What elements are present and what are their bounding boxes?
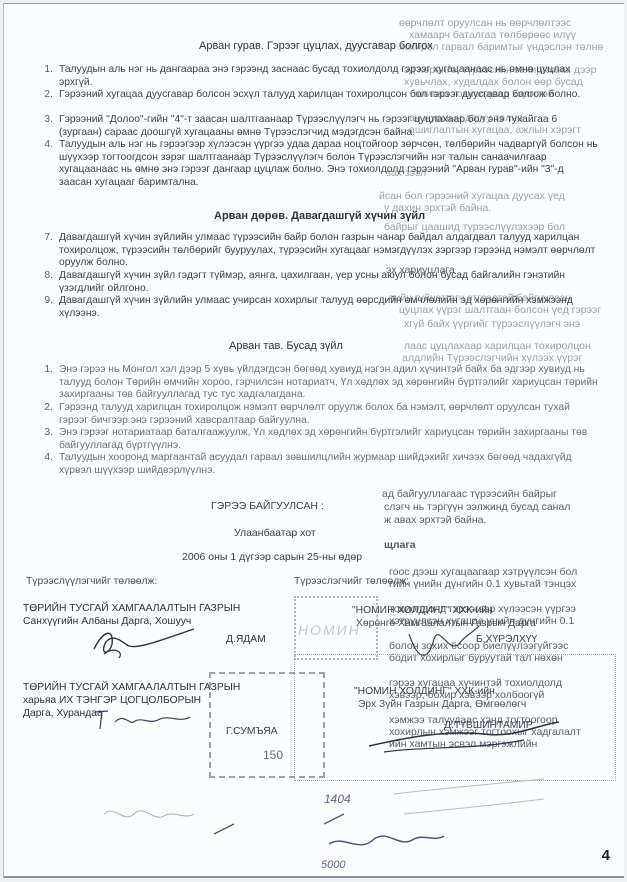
- clause-item: 4. Талуудын аль нэг нь гэрээгээр хүлээсэ…: [59, 139, 599, 189]
- stamp-text: НОМИН: [298, 622, 361, 638]
- notary-signature-icon: [94, 784, 544, 878]
- stamp-number: 150: [263, 748, 283, 762]
- clause-item: 3. Энэ гэрээг нотариатаар баталгаажуулж,…: [59, 427, 599, 452]
- date-line: 2006 оны 1 дүгээр сарын 25-ны өдөр: [182, 551, 362, 563]
- bleed-through-line: слэгч нь тэргүүн ээлжинд бусад санал: [384, 501, 570, 514]
- signature-icon: [90, 707, 200, 735]
- signatory-name: Д.ЯДАМ: [226, 634, 266, 645]
- clause-item: 9. Давагдашгүй хүчин зүйлийн улмаас учир…: [59, 295, 599, 320]
- clause-item: 7. Давагдашгүй хүчин зүйлийн улмаас түрэ…: [59, 232, 599, 270]
- signature-icon: [84, 624, 204, 664]
- page-number: 4: [602, 847, 610, 864]
- lessee-label: Түрээслэгчийг төлөөлж:: [294, 576, 409, 587]
- lessor-label: Түрээслүүлэгчийг төлөөлж:: [26, 576, 157, 587]
- company-stamp: НОМИН: [294, 596, 378, 660]
- clause-item: 8. Давагдашгүй хүчин зүйл гэдэгт түймэр,…: [59, 270, 599, 295]
- concluded-heading: ГЭРЭЭ БАЙГУУЛСАН :: [211, 500, 324, 512]
- bleed-through-line: щлага: [384, 539, 416, 552]
- signature-icon: [364, 716, 564, 756]
- signatory-name: Б.ХҮРЭЛХҮҮ: [476, 634, 537, 645]
- bleed-through-line: ад байгууллагаас түрээсийн байрыг: [382, 488, 557, 501]
- signatory-org: ТӨРИЙН ТУСГАЙ ХАМГААЛАЛТЫН ГАЗРЫН: [23, 603, 240, 614]
- section-heading: Арван дөрөв. Давагдашгүй хүчин зүйл: [214, 210, 425, 222]
- bleed-through-line: гийн үнийн дүнгийн 0.1 хувьтай тэнцэх: [389, 578, 576, 591]
- city-line: Улаанбаатар хот: [234, 527, 316, 539]
- clause-item: 1. Талуудын аль нэг нь дангаараа энэ гэр…: [59, 64, 599, 89]
- clause-item: 3. Гэрээний "Долоо"-гийн "4"-т заасан ша…: [59, 114, 599, 139]
- signature-icon: [404, 624, 484, 664]
- signatory-org: ТӨРИЙН ТУСГАЙ ХАМГААЛАЛТЫН ГАЗРЫН: [23, 682, 240, 693]
- signatory-org-sub: харьяа ИХ ТЭНГЭР ЦОГЦОЛБОРЫН: [23, 695, 201, 706]
- section-heading: Арван гурав. Гэрээг цуцлах, дуусгавар бо…: [199, 40, 433, 52]
- section-heading: Арван тав. Бусад зүйл: [229, 340, 343, 352]
- bleed-through-line: ж авах эрхтэй байна.: [384, 514, 486, 527]
- clause-item: 2. Гэрээнд талууд харилцан тохиролцож нэ…: [59, 402, 599, 427]
- clause-item: 1. Энэ гэрээ нь Монгол хэл дээр 5 хувь ү…: [59, 364, 599, 402]
- document-page: өөрчлөлт оруулсан нь өөрчлөлтээс хамаарч…: [3, 3, 624, 878]
- clause-item: 4. Талуудын хооронд маргаантай асуудал г…: [59, 452, 599, 477]
- clause-item: 2. Гэрээний хугацаа дуусгавар болсон эсх…: [59, 89, 599, 102]
